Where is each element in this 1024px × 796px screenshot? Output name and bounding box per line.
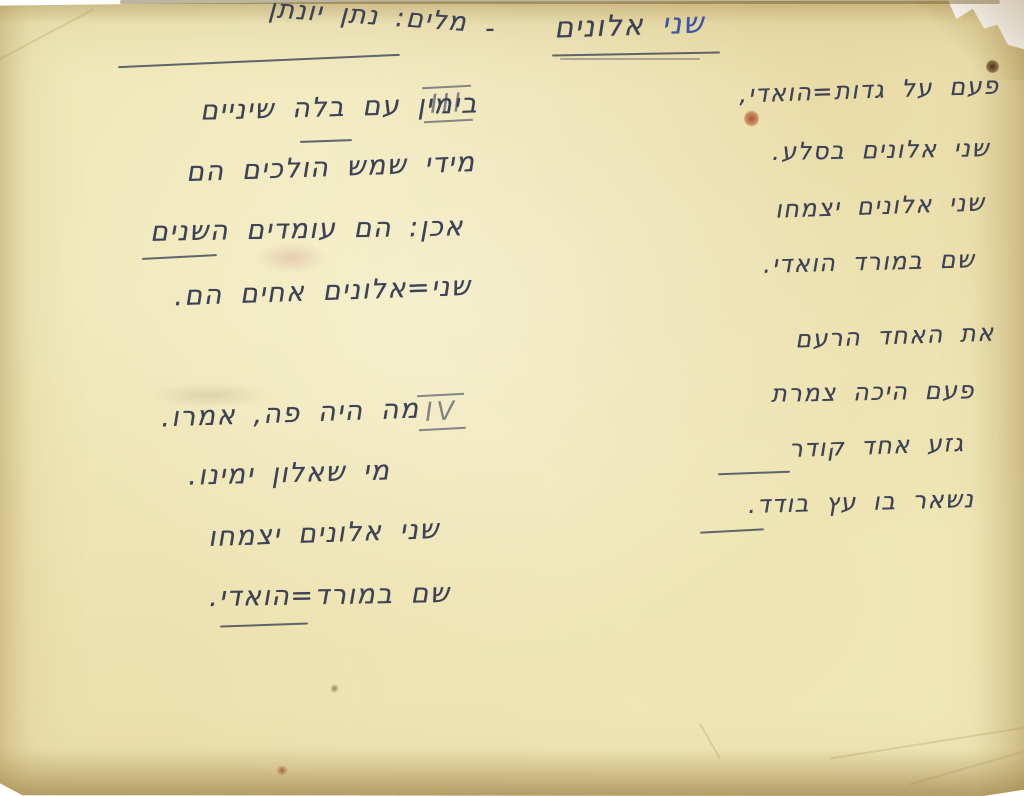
stain: [276, 766, 288, 775]
lyric-line: אכן: הם עומדים השנים: [150, 211, 464, 247]
lyric-line: פעם היכה צמרת: [771, 376, 975, 408]
lyric-line: מי שאלון ימינו.: [187, 455, 390, 491]
stain: [330, 684, 339, 693]
scanned-page: שני אלונים - מלים: נתן יונתן פעם על גדות…: [0, 0, 1024, 796]
title-dash: -: [485, 14, 496, 44]
lyric-line: שם במורד=הואדי.: [208, 578, 450, 613]
torn-corner-shadow: [914, 0, 1024, 80]
song-title-word2: אלונים: [553, 8, 644, 45]
lyric-line: נשאר בו עץ בודד.: [748, 485, 975, 519]
smudge: [150, 382, 270, 408]
stain: [744, 110, 759, 127]
song-title: שני אלונים: [553, 5, 705, 44]
song-title-word1: שני: [661, 5, 705, 40]
lyric-line: שני אלונים בסלע.: [772, 134, 991, 166]
stanza-marker-4: IV: [417, 393, 466, 431]
smudge: [256, 242, 328, 274]
paper-top-edge-shadow: [120, 0, 1000, 4]
lyric-line: שם במורד הואדי.: [762, 245, 975, 279]
stain: [986, 60, 999, 73]
